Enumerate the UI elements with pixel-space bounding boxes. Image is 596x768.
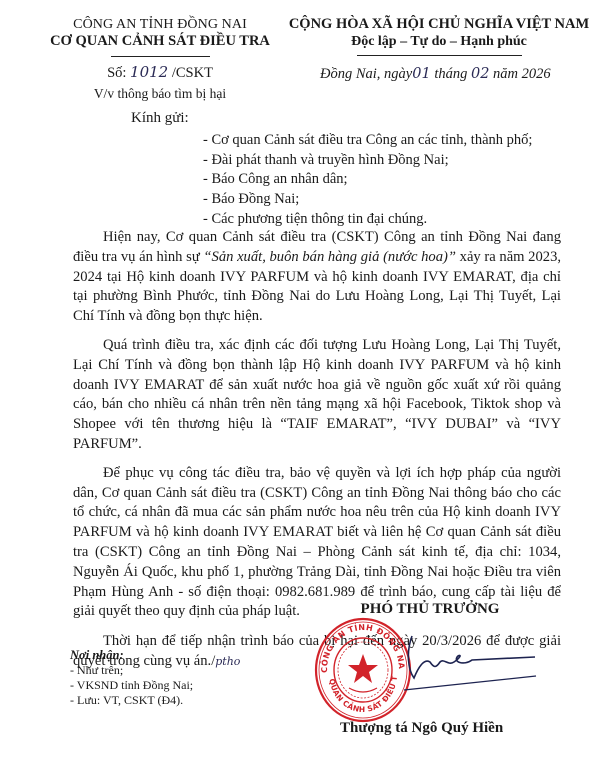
recipients-list: - Cơ quan Cảnh sát điều tra Công an các … <box>203 131 532 230</box>
handwritten-initials: ptho <box>215 655 240 668</box>
signer-name: Thượng tá Ngô Quý Hiền <box>340 720 503 737</box>
paragraph-notice: Để phục vụ công tác điều tra, bảo vệ quy… <box>73 464 561 622</box>
handwritten-day: 01 <box>412 66 430 82</box>
agency-name: CƠ QUAN CẢNH SÁT ĐIỀU TRA <box>40 33 280 50</box>
distribution-label: Nơi nhận: <box>70 648 193 663</box>
handwritten-month: 02 <box>471 66 489 82</box>
signature-icon <box>400 632 540 692</box>
recipient-item: - Cơ quan Cảnh sát điều tra Công an các … <box>203 131 532 151</box>
recipient-item: - Đài phát thanh và truyền hình Đồng Nai… <box>203 151 532 171</box>
issuing-agency-block: CÔNG AN TỈNH ĐỒNG NAI CƠ QUAN CẢNH SÁT Đ… <box>40 16 280 102</box>
recipients-label: Kính gửi: <box>131 110 189 127</box>
recipient-item: - Báo Công an nhân dân; <box>203 170 532 190</box>
date-line: Đồng Nai, ngày01 tháng 02 năm 2026 <box>286 66 592 83</box>
official-letter: CÔNG AN TỈNH ĐỒNG NAI CƠ QUAN CẢNH SÁT Đ… <box>0 0 596 768</box>
header-divider <box>111 56 210 57</box>
national-header-block: CỘNG HÒA XÃ HỘI CHỦ NGHĨA VIỆT NAM Độc l… <box>286 16 592 83</box>
nation-title: CỘNG HÒA XÃ HỘI CHỦ NGHĨA VIỆT NAM <box>286 16 592 33</box>
agency-parent: CÔNG AN TỈNH ĐỒNG NAI <box>40 16 280 33</box>
paragraph-case: Hiện nay, Cơ quan Cảnh sát điều tra (CSK… <box>73 228 561 327</box>
paragraph-findings: Quá trình điều tra, xác định các đối tượ… <box>73 336 561 455</box>
subject-line: V/v thông báo tìm bị hại <box>40 86 280 102</box>
distribution-item: - Như trên; <box>70 663 193 678</box>
document-number: Số: 1012 /CSKT <box>40 63 280 82</box>
distribution-item: - Lưu: VT, CSKT (Đ4). <box>70 693 193 708</box>
recipient-item: - Báo Đồng Nai; <box>203 190 532 210</box>
distribution-item: - VKSND tỉnh Đồng Nai; <box>70 678 193 693</box>
recipient-item: - Các phương tiện thông tin đại chúng. <box>203 210 532 230</box>
case-name: “Sản xuất, buôn bán hàng giả (nước hoa)” <box>203 249 456 265</box>
national-motto: Độc lập – Tự do – Hạnh phúc <box>286 33 592 50</box>
handwritten-number: 1012 <box>130 63 168 81</box>
distribution-list: Nơi nhận: - Như trên; - VKSND tỉnh Đồng … <box>70 648 193 708</box>
official-seal-icon: CÔNG AN TỈNH ĐỒNG NAI CƠ QUAN CẢNH SÁT Đ… <box>313 616 413 724</box>
motto-underline <box>357 55 522 56</box>
